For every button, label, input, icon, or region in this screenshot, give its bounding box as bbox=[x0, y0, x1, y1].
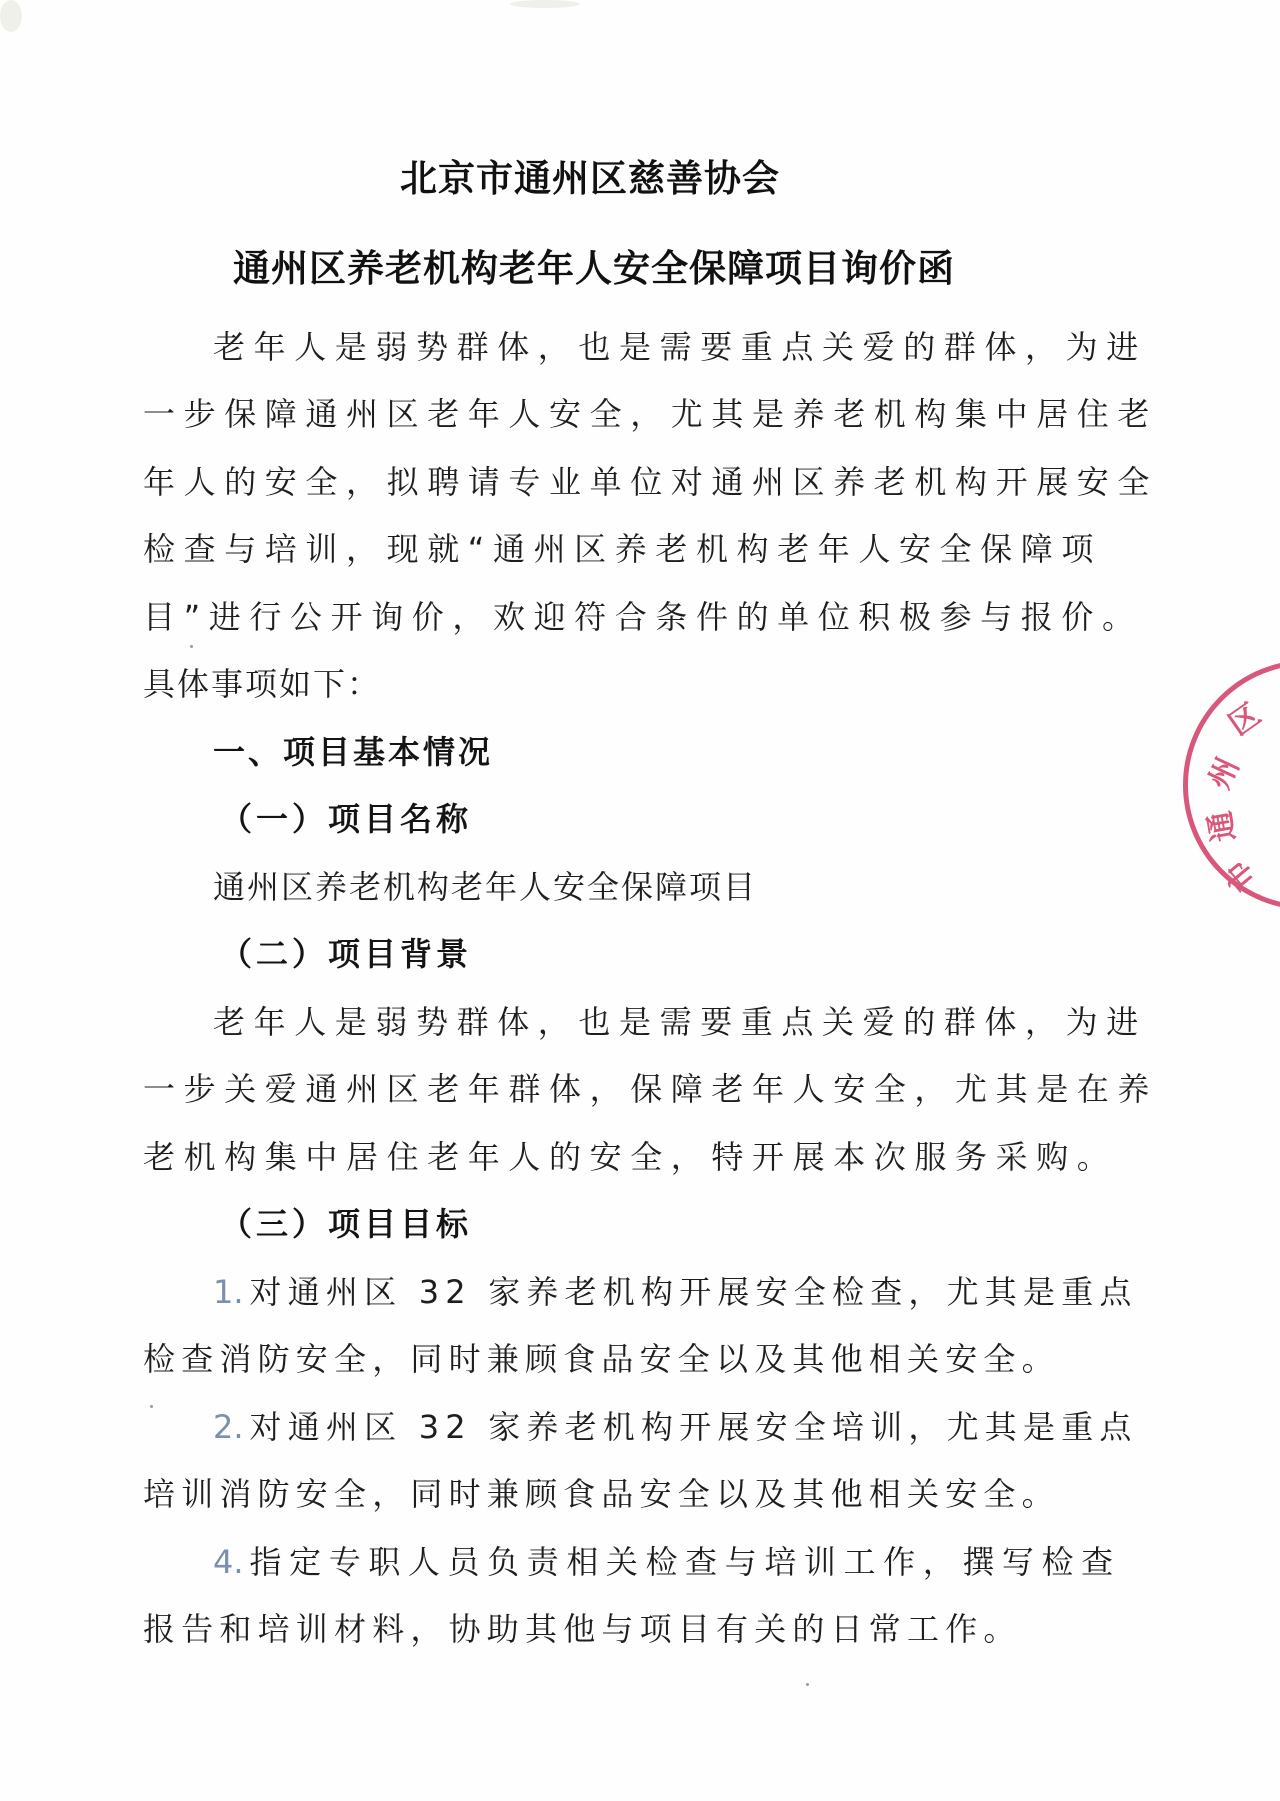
scanned-document-page: 北京市通州区慈善协会 通州区养老机构老年人安全保障项目询价函 老年人是弱势群体，… bbox=[0, 0, 1280, 1801]
stamp-char: 州 bbox=[1195, 749, 1248, 795]
project-name-value: 通州区养老机构老年人安全保障项目 bbox=[213, 862, 1043, 912]
section-heading-basic-info: 一、项目基本情况 bbox=[213, 727, 1043, 777]
intro-line: 老年人是弱势群体，也是需要重点关爱的群体，为进 bbox=[213, 322, 1043, 372]
scan-artifact-top-left bbox=[0, 0, 22, 32]
intro-line: 检查与培训，现就“通州区养老机构老年人安全保障项 bbox=[143, 524, 1043, 574]
intro-line: 具体事项如下： bbox=[143, 659, 1043, 709]
document-title: 通州区养老机构老年人安全保障项目询价函 bbox=[0, 238, 1188, 292]
goal-text: 指定专职人员负责相关检查与培训工作，撰写检查 bbox=[250, 1543, 1121, 1581]
scan-speck bbox=[150, 1405, 153, 1408]
goal-text: 对通州区 32 家养老机构开展安全培训，尤其是重点 bbox=[250, 1408, 1138, 1446]
scan-artifact-top bbox=[510, 0, 580, 8]
intro-line: 目”进行公开询价，欢迎符合条件的单位积极参与报价。 bbox=[143, 592, 1043, 642]
scan-speck bbox=[806, 1683, 809, 1686]
goal-item-1: 1.对通州区 32 家养老机构开展安全检查，尤其是重点 bbox=[213, 1267, 1043, 1317]
background-line: 老年人是弱势群体，也是需要重点关爱的群体，为进 bbox=[213, 997, 1043, 1047]
stamp-char: 通 bbox=[1195, 808, 1244, 845]
stamp-char: 区 bbox=[1218, 690, 1268, 743]
goal-text: 对通州区 32 家养老机构开展安全检查，尤其是重点 bbox=[250, 1273, 1138, 1311]
goal-number: 1. bbox=[213, 1273, 244, 1311]
official-seal-stamp: 区 州 通 市 bbox=[1183, 660, 1280, 910]
goal-item-2-continued: 培训消防安全，同时兼顾食品安全以及其他相关安全。 bbox=[143, 1469, 1043, 1519]
goal-item-1-continued: 检查消防安全，同时兼顾食品安全以及其他相关安全。 bbox=[143, 1334, 1043, 1384]
goal-number: 2. bbox=[213, 1408, 244, 1446]
subsection-heading-project-goals: （三）项目目标 bbox=[220, 1199, 1120, 1249]
goal-number: 4. bbox=[213, 1543, 244, 1581]
background-line: 老机构集中居住老年人的安全，特开展本次服务采购。 bbox=[143, 1132, 1043, 1182]
scan-speck bbox=[190, 645, 193, 648]
background-line: 一步关爱通州区老年群体，保障老年人安全，尤其是在养 bbox=[143, 1064, 1043, 1114]
organization-title: 北京市通州区慈善协会 bbox=[0, 148, 1180, 202]
goal-item-4: 4.指定专职人员负责相关检查与培训工作，撰写检查 bbox=[213, 1537, 1043, 1587]
intro-line: 年人的安全，拟聘请专业单位对通州区养老机构开展安全 bbox=[143, 457, 1043, 507]
stamp-char: 市 bbox=[1211, 851, 1264, 902]
goal-item-2: 2.对通州区 32 家养老机构开展安全培训，尤其是重点 bbox=[213, 1402, 1043, 1452]
goal-item-4-continued: 报告和培训材料，协助其他与项目有关的日常工作。 bbox=[143, 1604, 1043, 1654]
subsection-heading-project-name: （一）项目名称 bbox=[220, 794, 1120, 844]
intro-line: 一步保障通州区老年人安全，尤其是养老机构集中居住老 bbox=[143, 389, 1043, 439]
subsection-heading-project-background: （二）项目背景 bbox=[220, 929, 1120, 979]
